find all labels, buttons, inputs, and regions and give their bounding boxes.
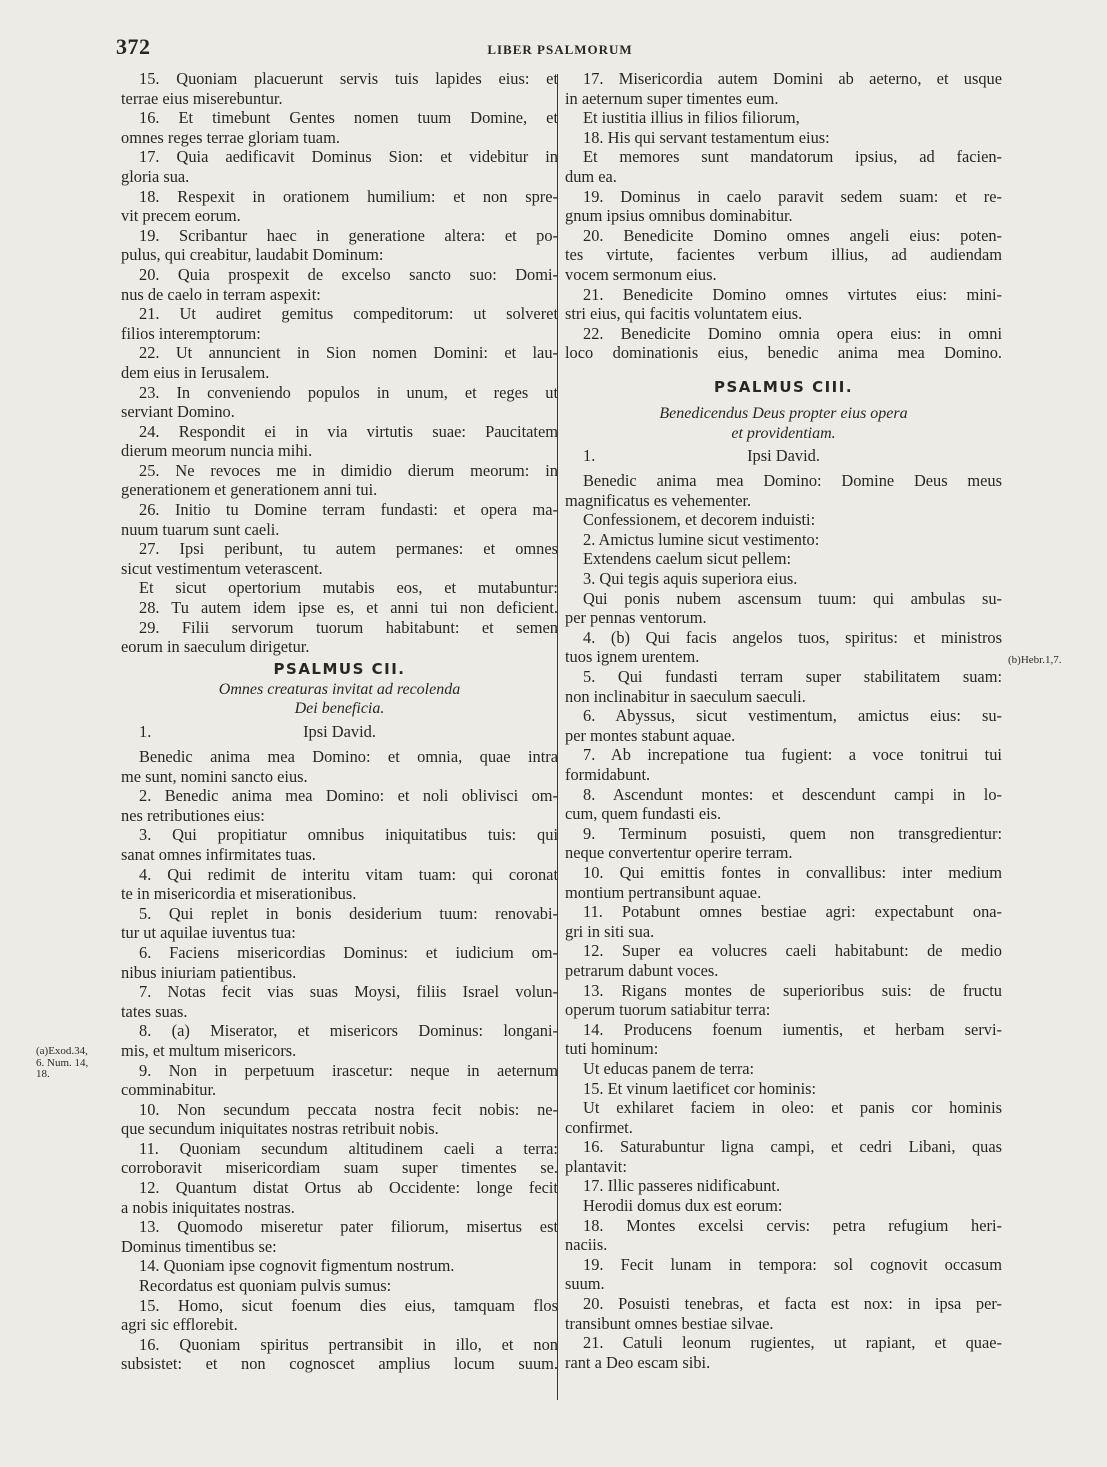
text-line: cum, quem fundasti eis. xyxy=(565,804,1002,824)
text-line: 9. Terminum posuisti, quem non transgred… xyxy=(565,824,1002,844)
text-line: dierum meorum nuncia mihi. xyxy=(121,441,558,461)
text-line: montium pertransibunt aquae. xyxy=(565,883,1002,903)
text-line: 23. In conveniendo populos in unum, et r… xyxy=(121,383,558,403)
margin-note-line: (a)Exod.34, xyxy=(36,1046,120,1058)
text-line: gnum ipsius omnibus dominabitur. xyxy=(565,206,1002,226)
text-line: serviant Domino. xyxy=(121,402,558,422)
verse-number: 1. xyxy=(583,445,595,467)
text-line: 19. Scribantur haec in generatione alter… xyxy=(121,226,558,246)
text-line: tuos ignem urentem. xyxy=(565,647,1002,667)
text-line: te in misericordia et miserationibus. xyxy=(121,884,558,904)
text-line: 6. Abyssus, sicut vestimentum, amictus e… xyxy=(565,706,1002,726)
text-line: 16. Quoniam spiritus pertransibit in ill… xyxy=(121,1335,558,1355)
text-line: 13. Quomodo miseretur pater filiorum, mi… xyxy=(121,1217,558,1237)
text-line: 16. Et timebunt Gentes nomen tuum Domine… xyxy=(121,108,558,128)
text-line: me sunt, nomini sancto eius. xyxy=(121,767,558,787)
psalm-summary: Omnes creaturas invitat ad recolenda xyxy=(121,680,558,700)
text-line: dem eius in Ierusalem. xyxy=(121,363,558,383)
psalm-summary: et providentiam. xyxy=(565,424,1002,444)
left-column: 15. Quoniam placuerunt servis tuis lapid… xyxy=(121,69,558,1374)
text-line: 10. Qui emittis fontes in convallibus: i… xyxy=(565,863,1002,883)
text-line: comminabitur. xyxy=(121,1080,558,1100)
text-line: 5. Qui replet in bonis desiderium tuum: … xyxy=(121,904,558,924)
text-line: Benedic anima mea Domino: Domine Deus me… xyxy=(565,471,1002,491)
text-line: 7. Ab increpatione tua fugient: a voce t… xyxy=(565,745,1002,765)
text-line: vit precem eorum. xyxy=(121,206,558,226)
running-head: 372 LIBER PSALMORUM xyxy=(116,34,1004,62)
text-line: 12. Super ea volucres caeli habitabunt: … xyxy=(565,941,1002,961)
text-line: 6. Faciens misericordias Dominus: et iud… xyxy=(121,943,558,963)
text-line: tur ut aquilae iuventus tua: xyxy=(121,923,558,943)
text-line: 19. Dominus in caelo paravit sedem suam:… xyxy=(565,187,1002,207)
text-line: dum ea. xyxy=(565,167,1002,187)
text-line: rant a Deo escam sibi. xyxy=(565,1353,1002,1373)
text-line: Herodii domus dux est eorum: xyxy=(565,1196,1002,1216)
text-line: 26. Initio tu Domine terram fundasti: et… xyxy=(121,500,558,520)
text-line: 14. Quoniam ipse cognovit figmentum nost… xyxy=(121,1256,558,1276)
text-line: 13. Rigans montes de superioribus suis: … xyxy=(565,981,1002,1001)
text-line: subsistet: et non cognoscet amplius locu… xyxy=(121,1354,558,1374)
text-line: gloria sua. xyxy=(121,167,558,187)
text-line: 9. Non in perpetuum irascetur: neque in … xyxy=(121,1061,558,1081)
text-line: 2. Benedic anima mea Domino: et noli obl… xyxy=(121,786,558,806)
text-line: Et memores sunt mandatorum ipsius, ad fa… xyxy=(565,147,1002,167)
text-line: sicut vestimentum veterascent. xyxy=(121,559,558,579)
text-line: 5. Qui fundasti terram super stabilitate… xyxy=(565,667,1002,687)
margin-note-line: (b)Hebr.1,7. xyxy=(1008,655,1103,667)
text-line: nes retributiones eius: xyxy=(121,806,558,826)
book-title: LIBER PSALMORUM xyxy=(116,42,1004,58)
text-line: 8. Ascendunt montes: et descendunt campi… xyxy=(565,785,1002,805)
margin-note-line: 18. xyxy=(36,1069,120,1081)
text-line: tuti hominum: xyxy=(565,1039,1002,1059)
column-divider xyxy=(557,74,558,1400)
text-line: suum. xyxy=(565,1274,1002,1294)
text-line: eorum in saeculum dirigetur. xyxy=(121,637,558,657)
text-line: 22. Benedicite Domino omnia opera eius: … xyxy=(565,324,1002,344)
text-line: 18. Respexit in orationem humilium: et n… xyxy=(121,187,558,207)
text-line: gri in siti sua. xyxy=(565,922,1002,942)
text-line: Confessionem, et decorem induisti: xyxy=(565,510,1002,530)
text-line: magnificatus es vehementer. xyxy=(565,491,1002,511)
text-line: 28. Tu autem idem ipse es, et anni tui n… xyxy=(121,598,558,618)
text-line: tes virtute, facientes verbum illius, ad… xyxy=(565,245,1002,265)
psalm-summary: Dei beneficia. xyxy=(121,699,558,719)
text-line: 12. Quantum distat Ortus ab Occidente: l… xyxy=(121,1178,558,1198)
text-line: omnes reges terrae gloriam tuam. xyxy=(121,128,558,148)
margin-note-b: (b)Hebr.1,7. xyxy=(1008,655,1103,667)
psalm-title: PSALMUS CII. xyxy=(121,659,558,680)
text-line: nibus iniuriam patientibus. xyxy=(121,963,558,983)
psalm-superscription: 1.Ipsi David. xyxy=(121,721,558,743)
text-line: 3. Qui propitiatur omnibus iniquitatibus… xyxy=(121,825,558,845)
text-line: a nobis iniquitates nostras. xyxy=(121,1198,558,1218)
text-line: Extendens caelum sicut pellem: xyxy=(565,549,1002,569)
text-line: 11. Quoniam secundum altitudinem caeli a… xyxy=(121,1139,558,1159)
text-line: petrarum dabunt voces. xyxy=(565,961,1002,981)
text-line: 4. Qui redimit de interitu vitam tuam: q… xyxy=(121,865,558,885)
text-line: 29. Filii servorum tuorum habitabunt: et… xyxy=(121,618,558,638)
psalm-title: PSALMUS CIII. xyxy=(565,377,1002,398)
text-line: 8. (a) Miserator, et misericors Dominus:… xyxy=(121,1021,558,1041)
text-line: 27. Ipsi peribunt, tu autem permanes: et… xyxy=(121,539,558,559)
text-line: Benedic anima mea Domino: et omnia, quae… xyxy=(121,747,558,767)
psalm-summary: Benedicendus Deus propter eius opera xyxy=(565,404,1002,424)
text-line: loco dominationis eius, benedic anima me… xyxy=(565,343,1002,363)
text-line: 18. His qui servant testamentum eius: xyxy=(565,128,1002,148)
text-line: 7. Notas fecit vias suas Moysi, filiis I… xyxy=(121,982,558,1002)
text-line: nuum tuarum sunt caeli. xyxy=(121,520,558,540)
text-line: Qui ponis nubem ascensum tuum: qui ambul… xyxy=(565,589,1002,609)
text-line: 11. Potabunt omnes bestiae agri: expecta… xyxy=(565,902,1002,922)
text-line: agri sic efflorebit. xyxy=(121,1315,558,1335)
text-line: 14. Producens foenum iumentis, et herbam… xyxy=(565,1020,1002,1040)
text-line: per montes stabunt aquae. xyxy=(565,726,1002,746)
text-line: non inclinabitur in saeculum saeculi. xyxy=(565,687,1002,707)
text-line: 24. Respondit ei in via virtutis suae: P… xyxy=(121,422,558,442)
superscription-text: Ipsi David. xyxy=(565,445,1002,467)
text-line: plantavit: xyxy=(565,1157,1002,1177)
text-line: 3. Qui tegis aquis superiora eius. xyxy=(565,569,1002,589)
text-line: neque convertentur operire terram. xyxy=(565,843,1002,863)
text-line: 17. Illic passeres nidificabunt. xyxy=(565,1176,1002,1196)
margin-note-a: (a)Exod.34, 6. Num. 14, 18. xyxy=(36,1046,120,1081)
text-line: in aeternum super timentes eum. xyxy=(565,89,1002,109)
text-line: Et iustitia illius in filios filiorum, xyxy=(565,108,1002,128)
text-line: 17. Misericordia autem Domini ab aeterno… xyxy=(565,69,1002,89)
text-line: 22. Ut annuncient in Sion nomen Domini: … xyxy=(121,343,558,363)
text-line: 20. Quia prospexit de excelso sancto suo… xyxy=(121,265,558,285)
text-line: Dominus timentibus se: xyxy=(121,1237,558,1257)
text-line: 20. Posuisti tenebras, et facta est nox:… xyxy=(565,1294,1002,1314)
text-line: 2. Amictus lumine sicut vestimento: xyxy=(565,530,1002,550)
right-column: 17. Misericordia autem Domini ab aeterno… xyxy=(565,69,1002,1372)
text-line: 15. Homo, sicut foenum dies eius, tamqua… xyxy=(121,1296,558,1316)
superscription-text: Ipsi David. xyxy=(121,721,558,743)
text-line: 19. Fecit lunam in tempora: sol cognovit… xyxy=(565,1255,1002,1275)
text-line: Et sicut opertorium mutabis eos, et muta… xyxy=(121,578,558,598)
text-line: corroboravit misericordiam suam super ti… xyxy=(121,1158,558,1178)
text-line: mis, et multum misericors. xyxy=(121,1041,558,1061)
text-line: Recordatus est quoniam pulvis sumus: xyxy=(121,1276,558,1296)
text-line: 20. Benedicite Domino omnes angeli eius:… xyxy=(565,226,1002,246)
text-line: 15. Et vinum laetificet cor hominis: xyxy=(565,1079,1002,1099)
text-line: per pennas ventorum. xyxy=(565,608,1002,628)
text-line: Ut educas panem de terra: xyxy=(565,1059,1002,1079)
text-line: formidabunt. xyxy=(565,765,1002,785)
text-line: sanat omnes infirmitates tuas. xyxy=(121,845,558,865)
text-line: confirmet. xyxy=(565,1118,1002,1138)
text-line: 4. (b) Qui facis angelos tuos, spiritus:… xyxy=(565,628,1002,648)
text-line: stri eius, qui facitis voluntatem eius. xyxy=(565,304,1002,324)
text-line: 21. Benedicite Domino omnes virtutes eiu… xyxy=(565,285,1002,305)
text-line: filios interemptorum: xyxy=(121,324,558,344)
text-line: 25. Ne revoces me in dimidio dierum meor… xyxy=(121,461,558,481)
text-line: vocem sermonum eius. xyxy=(565,265,1002,285)
text-line: pulus, qui creabitur, laudabit Dominum: xyxy=(121,245,558,265)
text-line: terrae eius miserebuntur. xyxy=(121,89,558,109)
text-line: naciis. xyxy=(565,1235,1002,1255)
text-line: 18. Montes excelsi cervis: petra refugiu… xyxy=(565,1216,1002,1236)
text-line: Ut exhilaret faciem in oleo: et panis co… xyxy=(565,1098,1002,1118)
text-line: 21. Ut audiret gemitus compeditorum: ut … xyxy=(121,304,558,324)
text-line: 15. Quoniam placuerunt servis tuis lapid… xyxy=(121,69,558,89)
text-line: tates suas. xyxy=(121,1002,558,1022)
text-line: 10. Non secundum peccata nostra fecit no… xyxy=(121,1100,558,1120)
text-line: nus de caelo in terram aspexit: xyxy=(121,285,558,305)
text-line: 16. Saturabuntur ligna campi, et cedri L… xyxy=(565,1137,1002,1157)
text-line: 21. Catuli leonum rugientes, ut rapiant,… xyxy=(565,1333,1002,1353)
psalm-superscription: 1.Ipsi David. xyxy=(565,445,1002,467)
text-line: operum tuorum satiabitur terra: xyxy=(565,1000,1002,1020)
text-line: 17. Quia aedificavit Dominus Sion: et vi… xyxy=(121,147,558,167)
text-line: que secundum iniquitates nostras retribu… xyxy=(121,1119,558,1139)
text-line: generationem et generationem anni tui. xyxy=(121,480,558,500)
verse-number: 1. xyxy=(139,721,151,743)
text-line: transibunt omnes bestiae silvae. xyxy=(565,1314,1002,1334)
